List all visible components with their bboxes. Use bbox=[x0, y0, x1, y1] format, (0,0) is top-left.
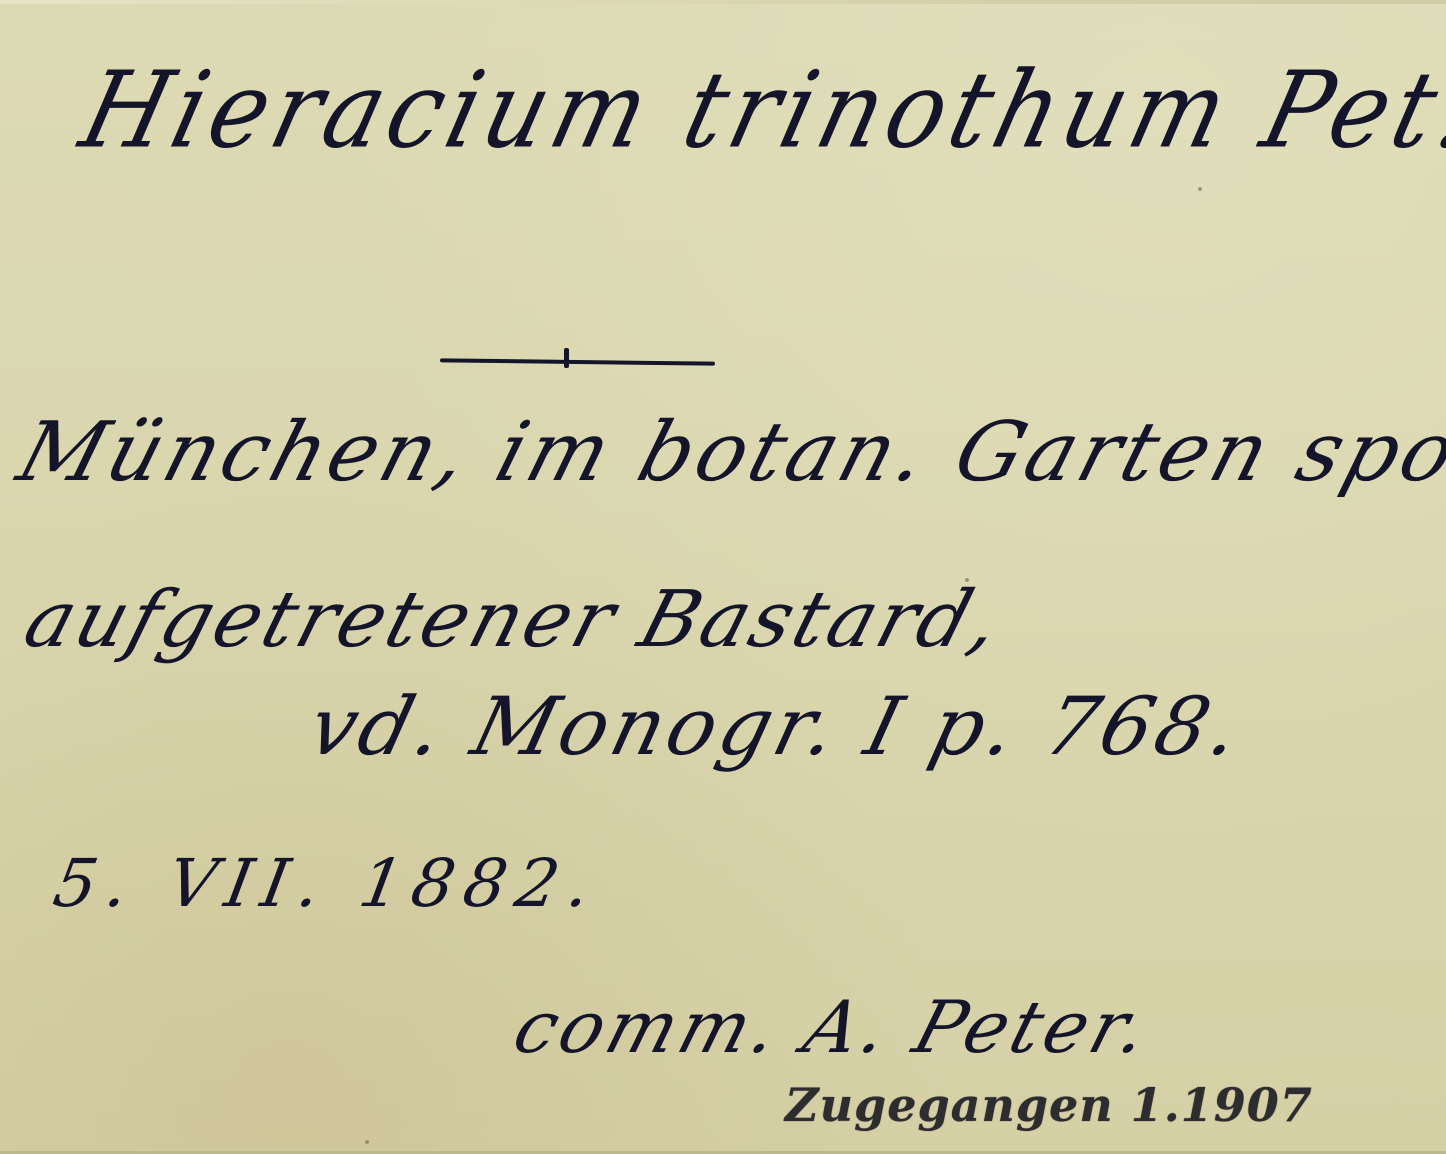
collection-date: 5. VII. 1882. bbox=[48, 845, 606, 922]
paper-top-edge bbox=[0, 0, 1446, 4]
divider-tick-mark bbox=[564, 348, 569, 368]
paper-speck bbox=[965, 578, 969, 582]
paper-speck bbox=[1198, 187, 1202, 191]
reference-line: vd. Monogr. I p. 768. bbox=[300, 680, 1253, 773]
collector-signature: comm. A. Peter. bbox=[505, 985, 1162, 1069]
herbarium-label: Hieracium trinothum Pet. München, im bot… bbox=[0, 0, 1446, 1154]
locality-line-2: aufgetretener Bastard, bbox=[15, 575, 1013, 665]
paper-speck bbox=[365, 1140, 369, 1144]
section-divider bbox=[440, 358, 715, 365]
species-name: Hieracium trinothum Pet. bbox=[70, 49, 1446, 172]
accession-stamp: Zugegangen 1.1907 bbox=[785, 1078, 1313, 1132]
locality-line-1: München, im botan. Garten spontan bbox=[8, 405, 1446, 500]
